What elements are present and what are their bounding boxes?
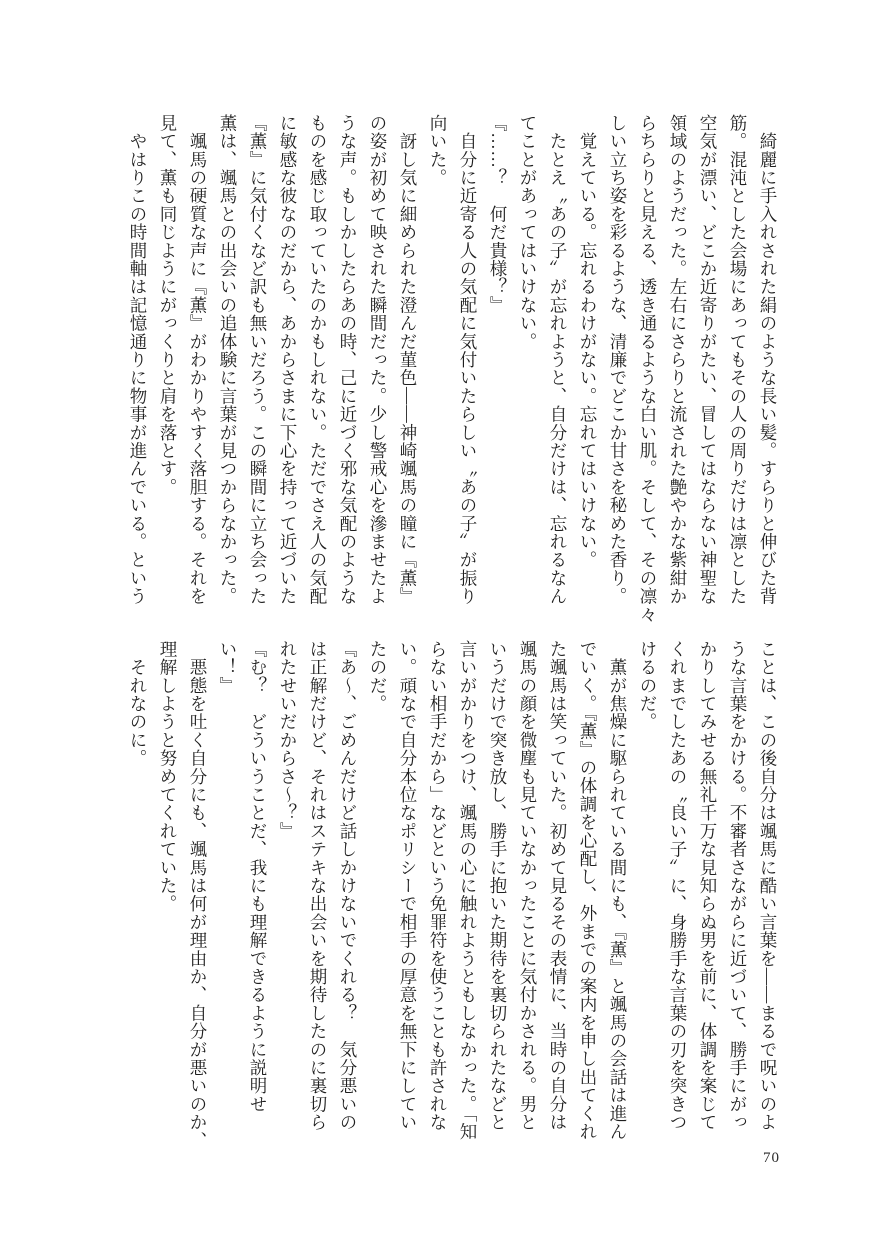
text-line: 『む？ どういうことだ、我にも理解できるように説明せ [243,640,273,1140]
text-line: けるのだ。 [633,640,663,1140]
text-line: らない相手だから」などという免罪符を使うことも許されな [423,640,453,1140]
text-line: くれまでしたあの〝良い子〟に、身勝手な言葉の刃を突きつ [663,640,693,1140]
text-line: た颯馬は笑っていた。初めて見るその表情に、当時の自分は [543,640,573,1140]
text-line: てことがあってはいけない。 [513,114,543,614]
novel-page: 綺麗に手入れされた絹のような長い髪。すらりと伸びた背筋。混沌とした会場にあっても… [0,0,874,1240]
page-number: 70 [763,1150,780,1167]
text-line: 薫が焦燥に駆られている間にも、『薫』と颯馬の会話は進ん [603,640,633,1140]
text-line: 薫は、颯馬との出会いの追体験に言葉が見つからなかった。 [213,114,243,614]
text-line: うな声。もしかしたらあの時、己に近づく邪な気配のような [333,114,363,614]
text-line: たとえ〝あの子〟が忘れようと、自分だけは、忘れるなん [543,114,573,614]
text-line: うな言葉をかける。不審者さながらに近づいて、勝手にがっ [723,640,753,1140]
text-line: しい立ち姿を彩るような、清廉でどこか甘さを秘めた香り。 [603,114,633,614]
text-line: い！』 [213,640,243,1140]
text-line: 颯馬の顔を微塵も見ていなかったことに気付かされる。男と [513,640,543,1140]
text-line: ものを感じ取っていたのかもしれない。ただでさえ人の気配 [303,114,333,614]
text-line: は正解だけど、それはステキな出会いを期待したのに裏切ら [303,640,333,1140]
text-line: 覚えている。忘れるわけがない。忘れてはいけない。 [573,114,603,614]
text-line: 訝し気に細められた澄んだ菫色――神崎颯馬の瞳に『薫』 [393,114,423,614]
text-line: 理解しようと努めてくれていた。 [153,640,183,1140]
text-block-bottom: ことは、この後自分は颯馬に酷い言葉を――まるで呪いのような言葉をかける。不審者さ… [123,640,783,1140]
text-line: 領域のようだった。左右にさらりと流された艶やかな紫紺か [663,114,693,614]
text-line: 悪態を吐く自分にも、颯馬は何が理由か、自分が悪いのか、 [183,640,213,1140]
text-line: ことは、この後自分は颯馬に酷い言葉を――まるで呪いのよ [753,640,783,1140]
text-line: の姿が初めて映された瞬間だった。少し警戒心を滲ませたよ [363,114,393,614]
text-line: 『薫』に気付くなど訳も無いだろう。この瞬間に立ち会った [243,114,273,614]
text-line: かりしてみせる無礼千万な見知らぬ男を前に、体調を案じて [693,640,723,1140]
text-line: に敏感な彼なのだから、あからさまに下心を持って近づいた [273,114,303,614]
text-line: 『あ〜、ごめんだけど話しかけないでくれる？ 気分悪いの [333,640,363,1140]
text-line: やはりこの時間軸は記憶通りに物事が進んでいる。という [123,114,153,614]
text-line: いうだけで突き放し、勝手に抱いた期待を裏切られたなどと [483,640,513,1140]
text-line: 向いた。 [423,114,453,614]
text-line: でいく。『薫』の体調を心配し、外までの案内を申し出てくれ [573,640,603,1140]
text-line: 筋。混沌とした会場にあってもその人の周りだけは凛とした [723,114,753,614]
text-line: 自分に近寄る人の気配に気付いたらしい〝あの子〟が振り [453,114,483,614]
text-block-top: 綺麗に手入れされた絹のような長い髪。すらりと伸びた背筋。混沌とした会場にあっても… [123,114,783,614]
text-line: い。頑なで自分本位なポリシーで相手の厚意を無下にしてい [393,640,423,1140]
text-line: 『……？ 何だ貴様？』 [483,114,513,614]
text-line: 見て、薫も同じようにがっくりと肩を落とす。 [153,114,183,614]
text-line: たのだ。 [363,640,393,1140]
text-line: れたせいだからさ〜？』 [273,640,303,1140]
text-line: らちらりと見える、透き通るような白い肌。そして、その凛々 [633,114,663,614]
text-line: 言いがかりをつけ、颯馬の心に触れようともしなかった。「知 [453,640,483,1140]
text-line: 空気が漂い、どこか近寄りがたい、冒してはならない神聖な [693,114,723,614]
text-line: 綺麗に手入れされた絹のような長い髪。すらりと伸びた背 [753,114,783,614]
text-line: それなのに。 [123,640,153,1140]
text-line: 颯馬の硬質な声に『薫』がわかりやすく落胆する。それを [183,114,213,614]
